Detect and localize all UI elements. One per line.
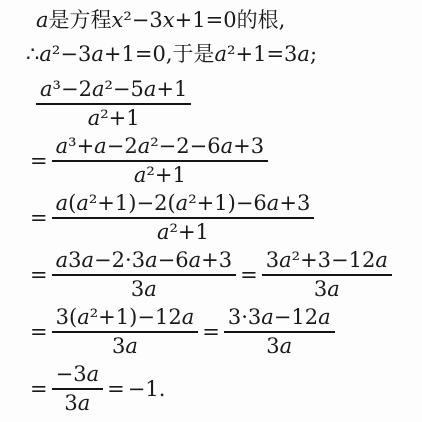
step-6-equals-2: = xyxy=(107,377,125,401)
step-2-equals: = xyxy=(30,149,48,173)
therefore-equation: a²−3a+1=0, xyxy=(39,42,172,66)
step-4a-numerator: a3a−2·3a−6a+3 xyxy=(52,248,237,276)
given-text-suffix: 的根, xyxy=(237,8,286,32)
step-5-fraction-b: 3·3a−12a 3a xyxy=(224,305,335,359)
step-5-fraction-a: 3(a²+1)−12a 3a xyxy=(52,305,199,359)
step-1-row: a³−2a²−5a+1 a²+1 xyxy=(34,77,422,131)
step-4b-denominator: 3a xyxy=(314,276,340,302)
step-5-equals: = xyxy=(30,320,48,344)
step-5-row: = 3(a²+1)−12a 3a = 3·3a−12a 3a xyxy=(28,305,422,359)
step-3-fraction: a(a²+1)−2(a²+1)−6a+3 a²+1 xyxy=(52,191,315,245)
given-equation: x²−3x+1=0 xyxy=(112,8,237,32)
step-4-equals: = xyxy=(30,263,48,287)
step-6-fraction: −3a 3a xyxy=(52,362,104,416)
given-text-prefix: 是方程 xyxy=(49,8,112,32)
therefore-line: ∴a²−3a+1=0,于是a²+1=3a; xyxy=(0,33,422,67)
therefore-text: 于是 xyxy=(173,42,215,66)
step-5b-numerator: 3·3a−12a xyxy=(224,305,335,333)
step-4-fraction-a: a3a−2·3a−6a+3 3a xyxy=(52,248,237,302)
step-2-numerator: a³+a−2a²−2−6a+3 xyxy=(52,134,269,162)
final-result: −1. xyxy=(128,377,166,401)
given-line: a是方程x²−3x+1=0的根, xyxy=(0,0,422,33)
step-5a-numerator: 3(a²+1)−12a xyxy=(52,305,199,333)
step-5-equals-2: = xyxy=(202,320,220,344)
step-3-denominator: a²+1 xyxy=(157,219,209,245)
step-3-row: = a(a²+1)−2(a²+1)−6a+3 a²+1 xyxy=(28,191,422,245)
step-2-denominator: a²+1 xyxy=(134,162,186,188)
step-2-row: = a³+a−2a²−2−6a+3 a²+1 xyxy=(28,134,422,188)
step-4a-denominator: 3a xyxy=(131,276,157,302)
step-3-equals: = xyxy=(30,206,48,230)
step-6-equals: = xyxy=(30,377,48,401)
step-4b-numerator: 3a²+3−12a xyxy=(262,248,392,276)
step-1-fraction: a³−2a²−5a+1 a²+1 xyxy=(36,77,191,131)
step-5a-denominator: 3a xyxy=(112,333,138,359)
step-1-numerator: a³−2a²−5a+1 xyxy=(36,77,191,105)
step-4-fraction-b: 3a²+3−12a 3a xyxy=(262,248,392,302)
derived-identity: a²+1=3a; xyxy=(215,42,318,66)
therefore-icon: ∴ xyxy=(26,42,39,66)
step-6-numerator: −3a xyxy=(52,362,104,390)
step-3-numerator: a(a²+1)−2(a²+1)−6a+3 xyxy=(52,191,315,219)
step-6-row: = −3a 3a = −1. xyxy=(28,362,422,416)
step-1-denominator: a²+1 xyxy=(88,105,140,131)
given-variable: a xyxy=(36,8,49,32)
step-2-fraction: a³+a−2a²−2−6a+3 a²+1 xyxy=(52,134,269,188)
step-5b-denominator: 3a xyxy=(266,333,292,359)
math-solution-page: a是方程x²−3x+1=0的根, ∴a²−3a+1=0,于是a²+1=3a; a… xyxy=(0,0,422,422)
step-6-denominator: 3a xyxy=(64,390,90,416)
step-4-row: = a3a−2·3a−6a+3 3a = 3a²+3−12a 3a xyxy=(28,248,422,302)
step-4-equals-2: = xyxy=(240,263,258,287)
